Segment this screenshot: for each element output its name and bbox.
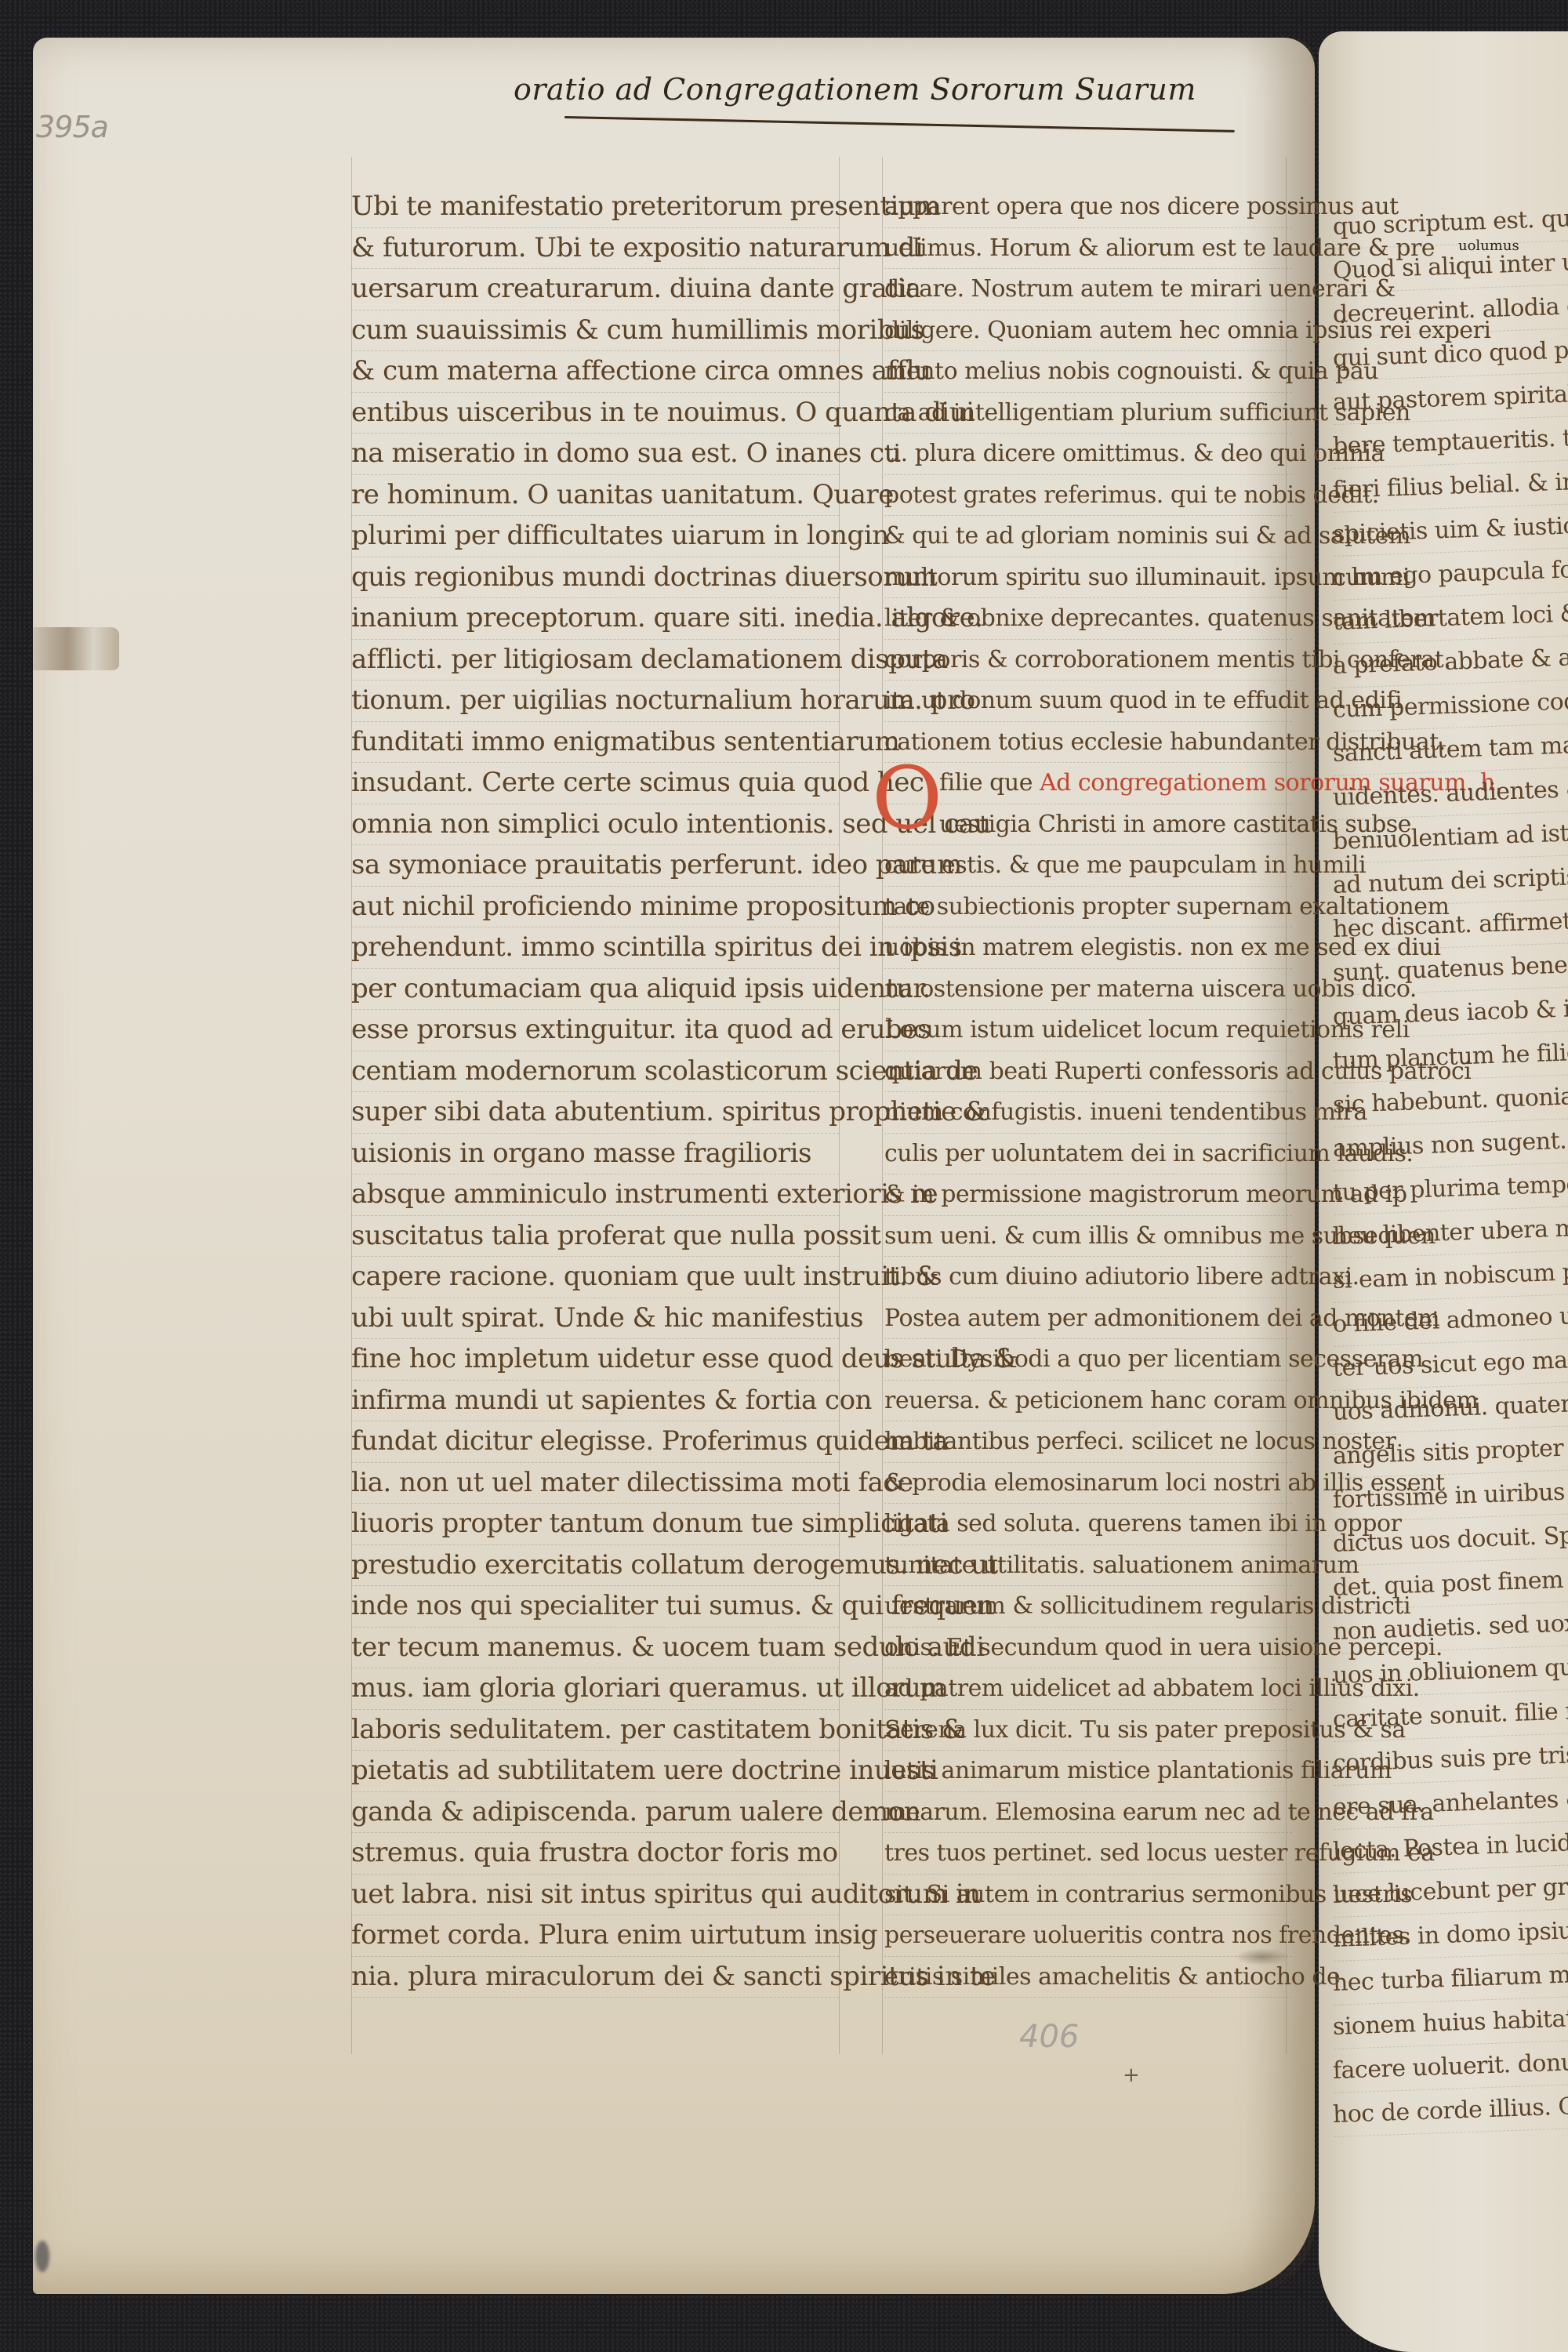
text-line: super sibi data abutentium. spiritus pro… (351, 1092, 839, 1134)
text-line: tunitate utilitatis. saluationem animaru… (884, 1545, 1292, 1587)
text-line: ter uos sicut ego mater uita a pue (1332, 1338, 1568, 1391)
text-line: uersarum creaturarum. diuina dante grati… (351, 269, 839, 310)
text-line: & qui te ad gloriam nominis sui & ad sal… (884, 516, 1292, 557)
text-line: prestudio exercitatis collatum derogemus… (351, 1545, 839, 1587)
text-line: inde nos qui specialiter tui sumus. & qu… (351, 1586, 839, 1628)
text-line: uelimus. Horum & aliorum est te laudare … (884, 228, 1292, 270)
text-line: si eam in nobiscum presentem haberem (1332, 1250, 1568, 1303)
text-line: ti. plura dicere omittimus. & deo qui om… (884, 434, 1292, 475)
text-line: fortissime in uiribus uestris sic p (1332, 1470, 1568, 1523)
text-line: luce lucebunt per gratiam dei. & fu (1332, 1865, 1568, 1918)
text-line: quis regionibus mundi doctrinas diuersor… (351, 557, 839, 599)
text-line: bere temptaueritis. te iterum dico. (1332, 416, 1568, 469)
text-line: mus. iam gloria gloriari queramus. ut il… (351, 1668, 839, 1710)
text-line: & prodia elemosinarum loci nostri ab ill… (884, 1463, 1292, 1504)
text-line: diligere. Quoniam autem hec omnia ipsius… (884, 310, 1292, 352)
text-line: spicietis uim & iusticia dei destru (1332, 504, 1568, 557)
text-column-right: apparent opera que nos dicere possimus a… (884, 187, 1292, 1998)
text-line: nia. plura miraculorum dei & sancti spir… (351, 1957, 839, 1998)
text-line: uobis in matrem elegistis. non ex me sed… (884, 927, 1292, 969)
text-line: quam deus iacob & israheli dedit. (1332, 987, 1568, 1040)
text-line: afflicti. per litigiosam declamationem d… (351, 640, 839, 681)
text-line: inanium preceptorum. quare siti. inedia.… (351, 598, 839, 640)
text-line: sancti autem tam maiores quam (1332, 724, 1568, 776)
text-line: laboris sedulitatem. per castitatem boni… (351, 1710, 839, 1751)
text-line: sit. Si autem in contrarius sermonibus u… (884, 1875, 1292, 1916)
text-line: esse prorsus extinguitur. ita quod ad er… (351, 1010, 839, 1051)
text-line: entibus uisceribus in te nouimus. O quan… (351, 393, 839, 434)
text-line: nium confugistis. inueni tendentibus mir… (884, 1092, 1292, 1134)
text-line: tres tuos pertinet. sed locus uester ref… (884, 1833, 1292, 1875)
text-line: quo scriptum est. quod templum domini (1332, 197, 1568, 249)
text-line: ad nutum dei scriptis firmata sit (1332, 855, 1568, 908)
text-line: na ostensione per materna uiscera uobis … (884, 969, 1292, 1011)
text-line: Quod si aliqui inter uos in malignum (1332, 241, 1568, 293)
text-line: potest grates referimus. qui te nobis de… (884, 475, 1292, 517)
text-line: aut pastorem spiritalis medicine (1332, 372, 1568, 425)
text-line: uos in obliuionem que frequen (1332, 1646, 1568, 1698)
text-line: ter tecum manemus. & uocem tuam sedulo a… (351, 1628, 839, 1669)
running-title: oratio ad Congregationem Sororum Suarum (514, 72, 1196, 107)
text-line: & futurorum. Ubi te expositio naturarum … (351, 228, 839, 270)
text-line: milites in domo ipsius fient. Vi (1332, 1909, 1568, 1962)
text-line: decreuerint. allodia eorum imminu (1332, 285, 1568, 337)
text-line: tionum. per uigilias nocturnalium horaru… (351, 681, 839, 722)
text-line: absque amminiculo instrumenti exterioris… (351, 1174, 839, 1216)
text-line: tibus cum diuino adiutorio libere adtrax… (884, 1257, 1292, 1298)
text-line: ubi uult spirat. Unde & hic manifestius (351, 1298, 839, 1340)
text-line: uidentes. audientes & percipien (1332, 768, 1568, 820)
text-line: quiarum beati Ruperti confessoris ad cui… (884, 1051, 1292, 1093)
text-line: ad patrem uidelicet ad abbatem loci illi… (884, 1668, 1292, 1710)
text-line: onis. Et secundum quod in uera uisione p… (884, 1628, 1292, 1669)
text-line: mearum. Elemosina earum nec ad te nec ad… (884, 1792, 1292, 1834)
text-line: uestigia Christi in amore castitatis sub… (884, 804, 1292, 846)
text-line: insudant. Certe certe scimus quia quod h… (351, 763, 839, 804)
text-line: habitantibus perfeci. scilicet ne locus … (884, 1421, 1292, 1463)
text-line: sionem huius habitationis & spi (1332, 1997, 1568, 2049)
text-line: ere sua. anhelantes & suspira (1332, 1777, 1568, 1830)
text-line: sum ueni. & cum illis & omnibus me subse… (884, 1216, 1292, 1258)
text-line: capere racione. quoniam que uult instrui… (351, 1257, 839, 1298)
text-line: per contumaciam qua aliquid ipsis uident… (351, 969, 839, 1011)
text-line: tam libertatem loci & allodiorum (1332, 592, 1568, 644)
text-line: pietatis ad subtilitatem uere doctrine i… (351, 1751, 839, 1792)
rubric-line: filie que Ad congregationem sororum suar… (884, 763, 1292, 804)
text-line: caritate sonuit. filie mee nunc (1332, 1690, 1568, 1742)
text-line: prehendunt. immo scintilla spiritus dei … (351, 927, 839, 969)
text-line: centiam modernorum scolasticorum scienti… (351, 1051, 839, 1093)
text-line: na miseratio in domo sua est. O inanes c… (351, 434, 839, 475)
text-line: ligata sed soluta. querens tamen ibi in … (884, 1504, 1292, 1545)
ink-smudge (35, 2241, 49, 2272)
text-line: cum suauissimis & cum humillimis moribus (351, 310, 839, 352)
text-line: apparent opera que nos dicere possimus a… (884, 187, 1292, 228)
text-line: angelis sitis propter beniuolentiam (1332, 1426, 1568, 1479)
text-line: hec turba filiarum mearum discord (1332, 1953, 1568, 2005)
text-line: multorum spiritu suo illuminauit. ipsum … (884, 557, 1292, 599)
text-line: formet corda. Plura enim uirtutum insig (351, 1915, 839, 1957)
text-line: Locum istum uidelicet locum requietionis… (884, 1010, 1292, 1051)
text-line: sic habebunt. quoniam ubera eidem (1332, 1075, 1568, 1127)
folio-number: 395a (36, 110, 108, 144)
text-line: perseuerare uolueritis contra nos frende… (884, 1915, 1292, 1957)
text-line: & cum materna affectione circa omnes aff… (351, 351, 839, 393)
text-line: det. quia post finem meum uocem m (1332, 1558, 1568, 1610)
text-line: tate subiectionis propter supernam exalt… (884, 887, 1292, 928)
text-column-left: Ubi te manifestatio preteritorum present… (351, 187, 839, 1998)
text-line: & in permissione magistrorum meorum ad i… (884, 1174, 1292, 1216)
text-line: sa symoniace prauitatis perferunt. ideo … (351, 845, 839, 887)
text-line: suscitatus talia proferat que nulla poss… (351, 1216, 839, 1258)
text-line: stremus. quia frustra doctor foris mo (351, 1833, 839, 1875)
text-line: lutis animarum mistice plantationis fili… (884, 1751, 1292, 1792)
text-line: cum ego paupcula forma hic u (1332, 548, 1568, 601)
text-line: re hominum. O uanitas uanitatum. Quare (351, 475, 839, 517)
text-line: Postea autem per admonitionem dei ad mon… (884, 1298, 1292, 1340)
text-line: uisionis in organo masse fragilioris (351, 1134, 839, 1175)
bottom-cross-mark: + (1123, 2063, 1140, 2087)
text-line: uos admonui. quatenus clarissi (1332, 1382, 1568, 1435)
text-line: funditati immo enigmatibus sententiarum (351, 722, 839, 764)
text-line: cordibus suis pre tristicia quam ha (1332, 1733, 1568, 1786)
text-line: corporis & corroborationem mentis tibi c… (884, 640, 1292, 681)
pencil-foliation: 406 (1019, 2019, 1079, 2055)
text-line: culis per uoluntatem dei in sacrificium … (884, 1134, 1292, 1175)
text-line: a prefato abbate & a fratribus ei p (1332, 636, 1568, 688)
text-line: Ubi te manifestatio preteritorum present… (351, 187, 839, 228)
text-line: tu per plurima tempora cum lacrim (1332, 1163, 1568, 1215)
text-line: fieri filius belial. & in hoc iustic (1332, 460, 1568, 513)
text-line: dicare. Nostrum autem te mirari uenerari… (884, 269, 1292, 310)
text-line: ganda & adipiscenda. parum ualere demon (351, 1792, 839, 1834)
text-line: cute estis. & que me paupculam in humili (884, 845, 1292, 887)
decorated-initial: O (872, 759, 933, 839)
text-line: fine hoc impletum uidetur esse quod deus… (351, 1339, 839, 1381)
text-line: heu libenter ubera matris nostre (1332, 1207, 1568, 1259)
text-line: fundat dicitur elegisse. Proferimus quid… (351, 1421, 839, 1463)
text-line: eritis similes amachelitis & antiocho de (884, 1957, 1292, 1998)
text-line: uestrarum & sollicitudinem regularis dis… (884, 1586, 1292, 1628)
text-line: sunt. quatenus benedictionem il (1332, 943, 1568, 996)
text-line: hoc de corde illius. Quod si deus co (1332, 2085, 1568, 2137)
text-line: non audietis. sed uox mea nunquam (1332, 1602, 1568, 1654)
text-line: tum planctum he filie mee post o (1332, 1031, 1568, 1083)
text-line: amplius non sugent. & sic ingem (1332, 1119, 1568, 1171)
text-line: facere uoluerit. donum spiritus (1332, 2041, 1568, 2093)
text-line: ita ut donum suum quod in te effudit ad … (884, 681, 1292, 722)
text-line: lia. non ut uel mater dilectissima moti … (351, 1463, 839, 1504)
text-line: beati Dysibodi a quo per licentiam seces… (884, 1339, 1292, 1381)
text-line: o filie dei admoneo ut caritatem (1332, 1294, 1568, 1347)
text-line: mento melius nobis cognouisti. & quia pa… (884, 351, 1292, 393)
text-line: infirma mundi ut sapientes & fortia con (351, 1381, 839, 1422)
text-line: omnia non simplici oculo intentionis. se… (351, 804, 839, 846)
text-line: reuersa. & peticionem hanc coram omnibus… (884, 1381, 1292, 1422)
text-line: cum permissione codicis omnes mi co (1332, 680, 1568, 732)
stain-mark (1235, 1948, 1290, 1965)
text-line: qui sunt dico quod pessimi raptore (1332, 328, 1568, 381)
text-line: liuoris propter tantum donum tue simplic… (351, 1504, 839, 1545)
rubric-prefix: filie que (939, 769, 1033, 797)
text-line: liter & obnixe deprecantes. quatenus san… (884, 598, 1292, 640)
text-line: hec discant. affirmet. proficia (1332, 899, 1568, 952)
text-line: beniuolentiam ad ista habebant. (1332, 811, 1568, 864)
text-line: plurimi per difficultates uiarum in long… (351, 516, 839, 557)
parchment-repair-patch (33, 627, 119, 670)
text-line: ca ad intelligentiam plurium sufficiunt … (884, 393, 1292, 434)
text-line: Serena lux dicit. Tu sis pater prepositu… (884, 1710, 1292, 1751)
text-line: aut nichil proficiendo minime propositum… (351, 887, 839, 928)
text-line: dictus uos docuit. Spiritus sanctus uob (1332, 1514, 1568, 1566)
facing-page-text: quo scriptum est. quod templum dominiQuo… (1333, 205, 1568, 2137)
text-line: lecta. Postea in lucidissima & (1332, 1821, 1568, 1874)
text-line: cationem totius ecclesie habundanter dis… (884, 722, 1292, 764)
text-line: uet labra. nisi sit intus spiritus qui a… (351, 1875, 839, 1916)
